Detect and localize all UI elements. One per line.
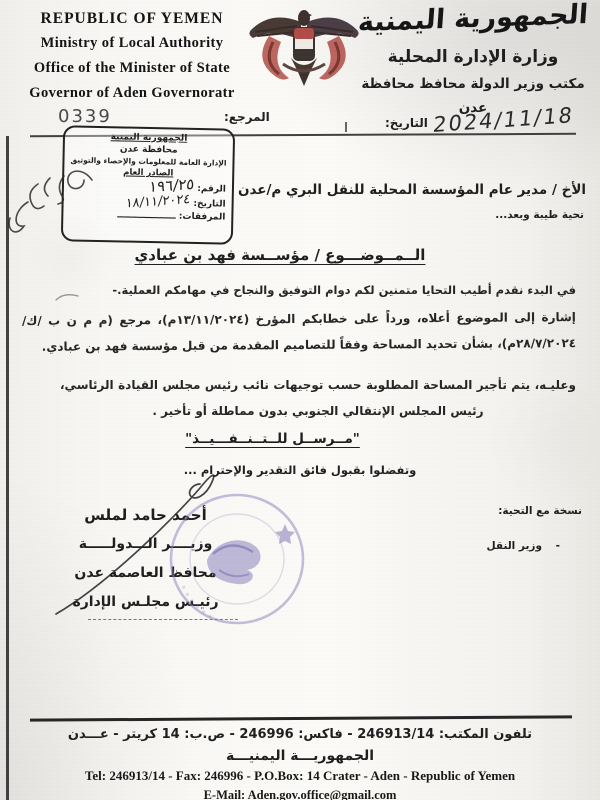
stamp-number-label: الرقم: [197, 184, 226, 195]
letterhead-governor-en: Governor of Aden Governoratr [16, 81, 248, 106]
letterhead-english: REPUBLIC OF YEMEN Ministry of Local Auth… [16, 6, 248, 106]
letterhead-ministry-ar: وزارة الإدارة المحلية [354, 42, 592, 72]
letterhead-country-ar: الجمهورية اليمنية [353, 0, 593, 40]
date-row: 2024/11/18 التاريخ: [385, 108, 588, 132]
footer-contact-arabic: تلفون المكتب: 246913/14 - فاكس: 246996 -… [0, 727, 600, 742]
tick-mark [345, 122, 347, 132]
letterhead-arabic: الجمهورية اليمنية وزارة الإدارة المحلية … [354, 2, 592, 120]
body-paragraph-2: إشارة إلى الموضوع أعلاه، ورداً على خطابك… [22, 304, 576, 360]
footer-country-arabic: الجمهوريـــة اليمنيـــة [0, 748, 600, 764]
letterhead-country-en: REPUBLIC OF YEMEN [16, 6, 248, 31]
letterhead-ministry-en: Ministry of Local Authority [16, 31, 248, 56]
footer-email: E-Mail: Aden.gov.office@gmail.com [135, 788, 465, 800]
yemen-eagle-emblem-icon [243, 2, 365, 102]
handwritten-check-mark-icon [52, 288, 82, 308]
paragraph-3-text: يتم تأجير المساحة المطلوبة حسب توجيهات ن… [60, 378, 535, 418]
addressee-line: الأخ / مدير عام المؤسسة المحلية للنقل ال… [238, 182, 586, 198]
letter-page: REPUBLIC OF YEMEN Ministry of Local Auth… [0, 0, 600, 800]
greeting-line: تحية طيبة وبعد... [495, 209, 584, 221]
document-serial-number: 0339 [58, 106, 112, 127]
letterhead-office-en: Office of the Minister of State [16, 56, 248, 81]
body-paragraph-3: وعليـه، يتم تأجير المساحة المطلوبة حسب ت… [60, 372, 576, 424]
stamp-date-handwritten: ١٨/١١/٢٠٢٤ [125, 193, 190, 210]
footer-divider [30, 715, 572, 721]
date-label: التاريخ: [385, 116, 428, 130]
dispatch-for-execution-line: "مــرســل للــتــنــفـــيــذ" [0, 431, 545, 447]
subject-line: الــمــوضـــوع / مؤســسة فهد بن عبادي [0, 246, 560, 264]
stamp-date-label: التاريخ: [193, 199, 225, 210]
cc-item-text: وزير النقل [487, 540, 542, 552]
scan-content: REPUBLIC OF YEMEN Ministry of Local Auth… [0, 0, 600, 800]
scan-edge-artifact [6, 136, 9, 800]
body-paragraph-1: في البدء نقدم أطيب التحايا متمنين لكم دو… [112, 283, 576, 297]
footer-contact-english: Tel: 246913/14 - Fax: 246996 - P.O.Box: … [0, 768, 600, 784]
reference-label: المرجع: [224, 110, 270, 124]
cc-item: - وزير النقل [487, 540, 560, 552]
stamp-attachments-label: المرفقات: [179, 212, 226, 223]
handwritten-signature-icon [28, 452, 268, 627]
cc-label: نسخة مع التحية: [498, 505, 582, 517]
handwritten-margin-note-icon [2, 158, 102, 253]
paragraph-3-lead: وعليـه، [535, 378, 576, 392]
cc-item-dash: - [556, 540, 560, 552]
stamp-attachments-value: ـــــــــــــــــــ [117, 210, 176, 221]
